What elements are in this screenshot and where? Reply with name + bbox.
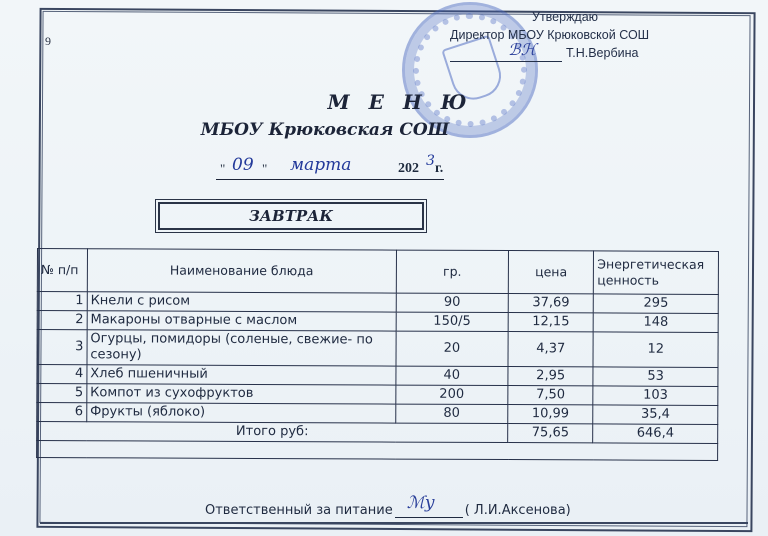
date-month: марта [290,155,351,175]
responsible-label: Ответственный за питание [205,503,393,518]
bottom-rule [40,522,748,524]
total-energy: 646,4 [593,424,718,444]
responsible-signature-line: ℳy [395,503,463,518]
dish-price: 2,95 [508,367,593,386]
meal-label: ЗАВТРАК [158,202,424,230]
dish-name: Макароны отварные с маслом [87,311,396,331]
table-row: 3Огурцы, помидоры (соленые, свежие- по с… [37,330,718,368]
approval-block: Утверждаю Директор МБОУ Крюковской СОШ ℬ… [450,8,710,62]
row-num: 3 [37,330,87,365]
dish-grams: 200 [396,385,508,404]
date-day: 09 [232,155,254,175]
header-price: цена [508,251,594,294]
date-open-quote: " [220,161,225,177]
row-num: 6 [37,403,87,422]
dish-price: 10,99 [508,405,593,424]
responsible-name: ( Л.И.Аксенова) [465,503,571,518]
header-num: № п/п [37,249,87,292]
date-year-handwritten: 3 [426,153,435,169]
dish-name: Кнели с рисом [87,292,396,312]
row-num: 2 [37,311,87,330]
total-label: Итого руб: [37,422,508,443]
blank-cell [37,441,718,461]
date-year-printed: 202 [398,161,419,177]
director-signature-line: ℬℋ [450,49,562,62]
approval-signature-row: ℬℋ Т.Н.Вербина [450,44,710,62]
dish-name: Огурцы, помидоры (соленые, свежие- по се… [87,330,396,366]
header-energy: Энергетическая ценность [594,251,719,295]
director-name: Т.Н.Вербина [566,44,638,62]
header-name: Наименование блюда [87,249,396,293]
responsible-person: Ответственный за питание ℳy ( Л.И.Аксено… [205,503,571,518]
dish-grams: 80 [395,404,507,423]
blank-row [37,441,718,461]
director-signature: ℬℋ [508,41,536,59]
dish-energy: 148 [594,313,719,333]
scanned-page: 9 Утверждаю Директор МБОУ Крюковской СОШ… [0,0,768,536]
dish-price: 7,50 [508,386,593,405]
dish-energy: 53 [593,367,718,387]
approval-heading: Утверждаю [450,8,710,26]
dish-grams: 40 [396,366,508,385]
page-number: 9 [45,34,51,49]
dish-energy: 295 [594,294,719,314]
dish-price: 12,15 [508,313,593,332]
dish-energy: 103 [593,386,718,406]
total-price: 75,65 [508,424,593,443]
dish-grams: 150/5 [396,312,508,331]
date-close-quote: " [262,161,267,177]
responsible-signature: ℳy [407,493,435,513]
document-title: М Е Н Ю [250,90,550,114]
row-num: 1 [37,292,87,311]
row-num: 5 [37,384,87,403]
table-header-row: № п/п Наименование блюда гр. цена Энерге… [37,249,718,295]
dish-energy: 35,4 [593,405,718,425]
dish-energy: 12 [593,332,718,368]
menu-table: № п/п Наименование блюда гр. цена Энерге… [36,248,719,461]
date-year-suffix: г. [435,161,443,177]
dish-price: 4,37 [508,332,594,367]
school-name: МБОУ Крюковская СОШ [150,120,500,140]
row-num: 4 [37,365,87,384]
menu-date: " 09 " марта 202 3 г. [216,153,444,180]
header-grams: гр. [396,250,508,293]
dish-grams: 90 [396,293,508,312]
dish-name: Компот из сухофруктов [87,384,396,404]
approval-position: Директор МБОУ Крюковской СОШ [450,26,710,44]
dish-name: Хлеб пшеничный [87,365,396,385]
dish-grams: 20 [396,331,508,366]
dish-price: 37,69 [508,294,593,313]
dish-name: Фрукты (яблоко) [87,403,396,423]
